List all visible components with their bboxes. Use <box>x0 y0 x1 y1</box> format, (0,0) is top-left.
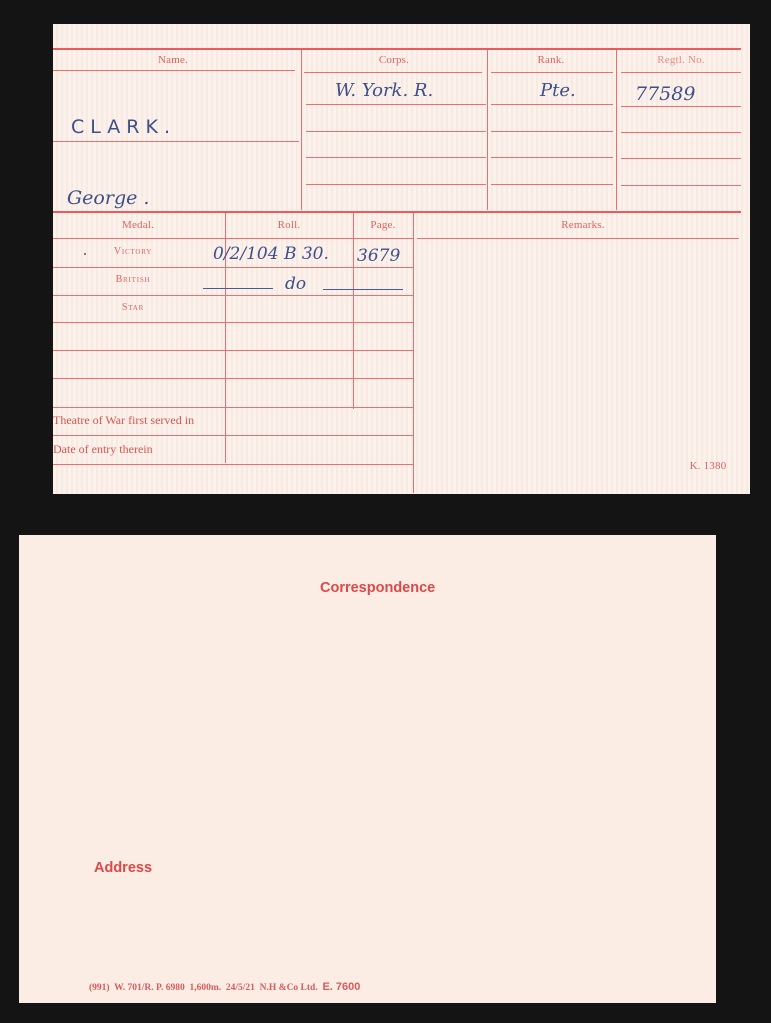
rule <box>491 184 613 185</box>
rule <box>306 104 486 105</box>
date-entry-label: Date of entry therein <box>53 442 153 457</box>
rule <box>53 267 413 268</box>
remarks-header: Remarks. <box>528 219 638 231</box>
surname-entry: CLARK. <box>71 116 176 138</box>
imprint-code: E. 7600 <box>322 981 360 993</box>
rank-entry: Pte. <box>540 80 576 101</box>
name-header: Name. <box>123 54 223 66</box>
rule <box>417 238 739 239</box>
rule <box>621 185 741 186</box>
rule <box>621 132 741 133</box>
rule <box>53 70 295 71</box>
imprint-text: (991) W. 701/R. P. 6980 1,600m. 24/5/21 … <box>89 983 318 993</box>
medal-victory: Victory <box>83 246 183 257</box>
rule <box>491 72 613 73</box>
rule <box>53 322 413 323</box>
corps-header: Corps. <box>344 54 444 66</box>
rule <box>306 184 486 185</box>
regtl-no-entry: 77589 <box>635 83 695 105</box>
rule <box>491 104 613 105</box>
rule <box>491 131 613 132</box>
form-code: K. 1380 <box>673 460 743 472</box>
roll-header: Roll. <box>239 219 339 231</box>
ditto-line <box>203 288 273 289</box>
rule <box>53 238 413 239</box>
rule <box>53 378 413 379</box>
rule <box>621 158 741 159</box>
rule <box>301 50 302 210</box>
british-roll-entry: do <box>285 274 306 294</box>
rule <box>413 213 414 493</box>
rule <box>621 106 741 107</box>
rule <box>53 407 413 408</box>
rule <box>487 50 488 210</box>
medal-index-card-front: Name. Corps. Rank. Regtl. No. CLARK. Geo… <box>53 24 750 494</box>
page-header: Page. <box>353 219 413 231</box>
rule <box>491 157 613 158</box>
rule <box>306 157 486 158</box>
regtl-no-header: Regtl. No. <box>631 54 731 66</box>
rule <box>304 72 482 73</box>
tick-mark <box>84 253 86 255</box>
medal-star: Star <box>83 302 183 313</box>
victory-page-entry: 3679 <box>357 246 400 266</box>
rule <box>53 435 413 436</box>
victory-roll-entry: 0/2/104 B 30. <box>213 244 329 264</box>
correspondence-heading: Correspondence <box>320 580 435 596</box>
corps-entry: W. York. R. <box>335 80 433 101</box>
medal-header: Medal. <box>88 219 188 231</box>
rule <box>621 72 741 73</box>
rule <box>616 50 617 210</box>
theatre-label: Theatre of War first served in <box>53 413 194 428</box>
rule <box>53 48 741 50</box>
medal-index-card-back: Correspondence Address (991) W. 701/R. P… <box>19 535 716 1003</box>
rule <box>53 295 413 296</box>
rule <box>53 211 741 213</box>
rule <box>53 464 413 465</box>
ditto-line <box>323 289 403 290</box>
rule <box>353 213 354 409</box>
address-label: Address <box>94 860 152 876</box>
rule <box>306 131 486 132</box>
rule <box>53 141 299 142</box>
rule <box>53 350 413 351</box>
forename-entry: George . <box>67 187 149 209</box>
printer-imprint: (991) W. 701/R. P. 6980 1,600m. 24/5/21 … <box>89 981 360 993</box>
medal-british: British <box>83 274 183 285</box>
rank-header: Rank. <box>501 54 601 66</box>
